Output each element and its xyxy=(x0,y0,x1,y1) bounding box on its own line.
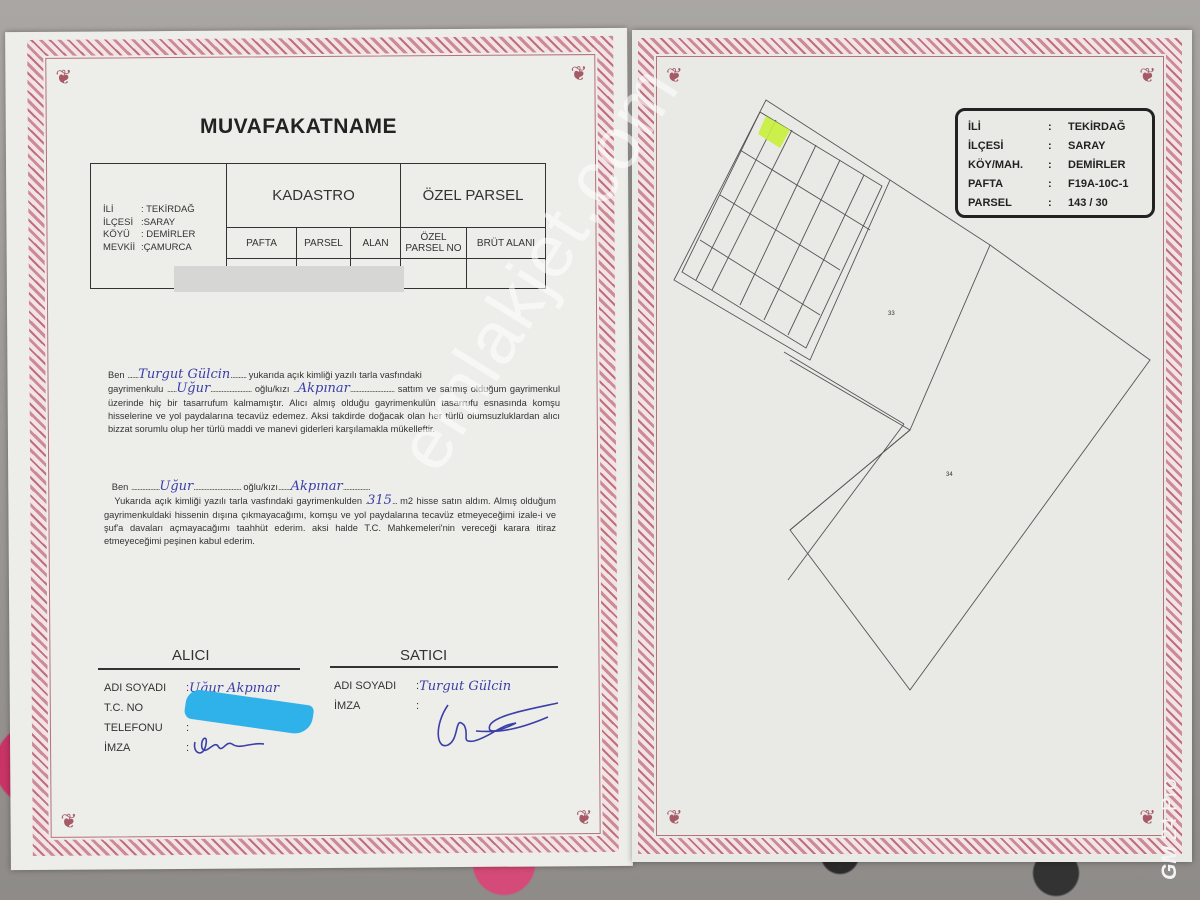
col-pafta: PAFTA xyxy=(227,228,297,258)
floral-corner-icon: ❦ xyxy=(571,64,588,84)
buyer-firstname-handwritten: Uğur xyxy=(176,381,210,396)
seller-statement: Ben .......Turgut Gülcin.......... yukar… xyxy=(108,368,560,436)
floral-corner-icon: ❦ xyxy=(666,66,683,86)
seller-signature-icon xyxy=(430,695,570,755)
seller-name-handwritten: Turgut Gülcin xyxy=(138,367,230,382)
signature-row: ADI SOYADI: Turgut Gülcin xyxy=(334,676,511,696)
svg-text:34: 34 xyxy=(946,472,953,478)
col-alan: ALAN xyxy=(351,228,400,258)
buyer-statement: Ben ..................Uğur..............… xyxy=(104,480,556,548)
kadastro-header: KADASTRO xyxy=(227,164,400,228)
location-row: İLÇESİ:SARAY xyxy=(103,217,195,230)
value-brut-alani xyxy=(467,259,545,288)
col-ozel-parsel-no: ÖZEL PARSEL NO xyxy=(401,228,467,258)
floral-corner-icon: ❦ xyxy=(1139,808,1156,828)
document-title: MUVAFAKATNAME xyxy=(200,115,397,139)
parcel-map: 33 34 xyxy=(660,90,1160,710)
floral-corner-icon: ❦ xyxy=(1139,66,1156,86)
value-ozel-parsel-no xyxy=(401,259,467,288)
col-parsel: PARSEL xyxy=(297,228,351,258)
ozel-parsel-section: ÖZEL PARSEL ÖZEL PARSEL NO BRÜT ALANI xyxy=(401,164,545,288)
svg-text:33: 33 xyxy=(888,311,895,317)
location-row: KÖYÜ: DEMİRLER xyxy=(103,229,195,242)
buyer-title: ALICI xyxy=(172,647,210,664)
camera-tag: GM 24 Pro xyxy=(1158,778,1182,880)
floral-corner-icon: ❦ xyxy=(666,808,683,828)
floral-corner-icon: ❦ xyxy=(576,808,593,828)
floral-corner-icon: ❦ xyxy=(55,68,72,88)
buyer-divider xyxy=(98,668,300,670)
col-brut-alani: BRÜT ALANI xyxy=(467,228,545,258)
location-row: İLİ: TEKİRDAĞ xyxy=(103,204,195,217)
share-m2-handwritten: 315 xyxy=(367,493,392,508)
buyer-signature-icon xyxy=(190,730,270,760)
seller-title: SATICI xyxy=(400,647,447,664)
floral-corner-icon: ❦ xyxy=(61,812,78,832)
seller-divider xyxy=(330,666,558,668)
redacted-area xyxy=(174,266,404,292)
ozel-parsel-header: ÖZEL PARSEL xyxy=(401,164,545,228)
buyer-lastname-handwritten: Akpınar xyxy=(298,381,350,396)
location-row: MEVKİİ:ÇAMURCA xyxy=(103,242,195,255)
